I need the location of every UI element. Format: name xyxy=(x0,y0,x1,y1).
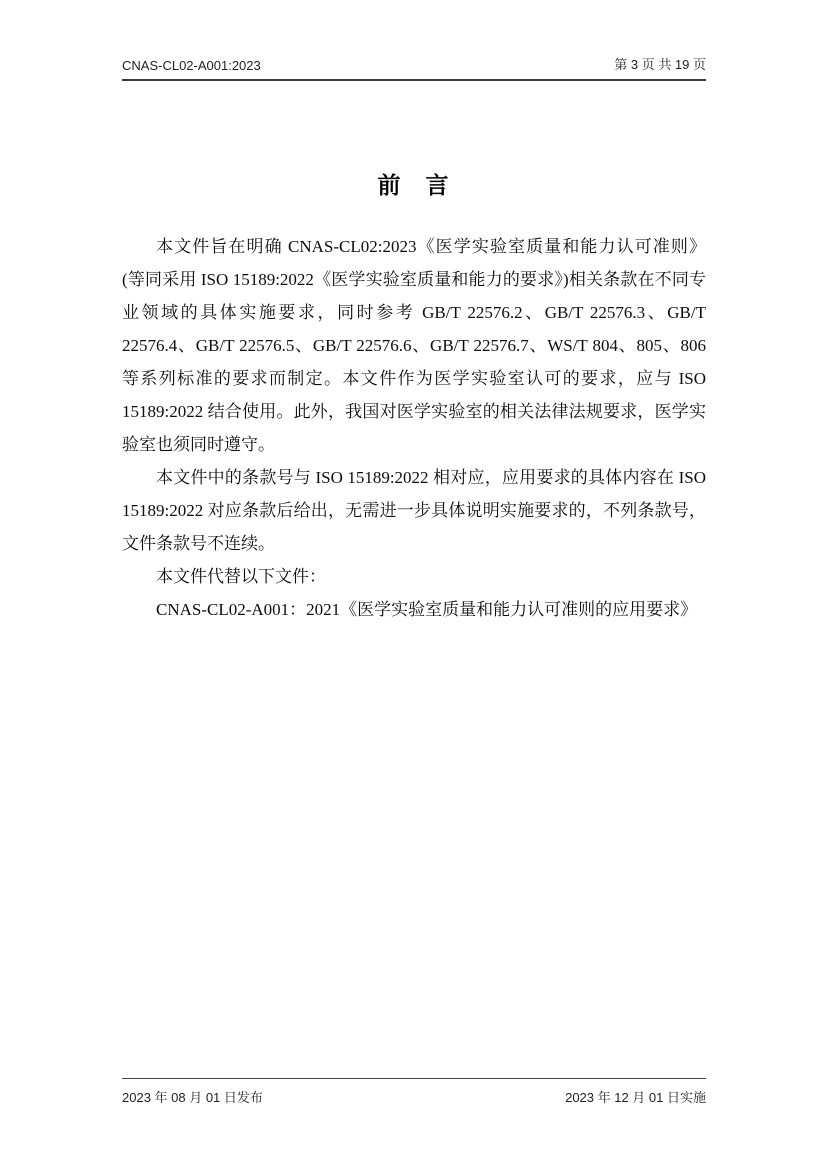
header-doc-number: CNAS-CL02-A001:2023 xyxy=(122,58,261,73)
document-page: CNAS-CL02-A001:2023 第 3 页 共 19 页 前 言 本文件… xyxy=(0,0,827,1170)
paragraph-clause-numbering: 本文件中的条款号与 ISO 15189:2022 相对应，应用要求的具体内容在 … xyxy=(122,461,706,560)
paragraph-intro: 本文件旨在明确 CNAS-CL02:2023《医学实验室质量和能力认可准则》 (… xyxy=(122,230,706,461)
document-body: 本文件旨在明确 CNAS-CL02:2023《医学实验室质量和能力认可准则》 (… xyxy=(122,230,706,626)
page-header: CNAS-CL02-A001:2023 第 3 页 共 19 页 xyxy=(122,54,706,81)
page-footer: 2023 年 08 月 01 日发布 2023 年 12 月 01 日实施 xyxy=(122,1078,706,1106)
footer-issue-date: 2023 年 08 月 01 日发布 xyxy=(122,1087,263,1106)
header-page-info: 第 3 页 共 19 页 xyxy=(614,54,706,73)
page-title: 前 言 xyxy=(0,167,827,200)
paragraph-replaces-heading: 本文件代替以下文件： xyxy=(122,560,706,593)
paragraph-replaced-document: CNAS-CL02-A001：2021《医学实验室质量和能力认可准则的应用要求》 xyxy=(122,593,706,626)
footer-implement-date: 2023 年 12 月 01 日实施 xyxy=(565,1087,706,1106)
